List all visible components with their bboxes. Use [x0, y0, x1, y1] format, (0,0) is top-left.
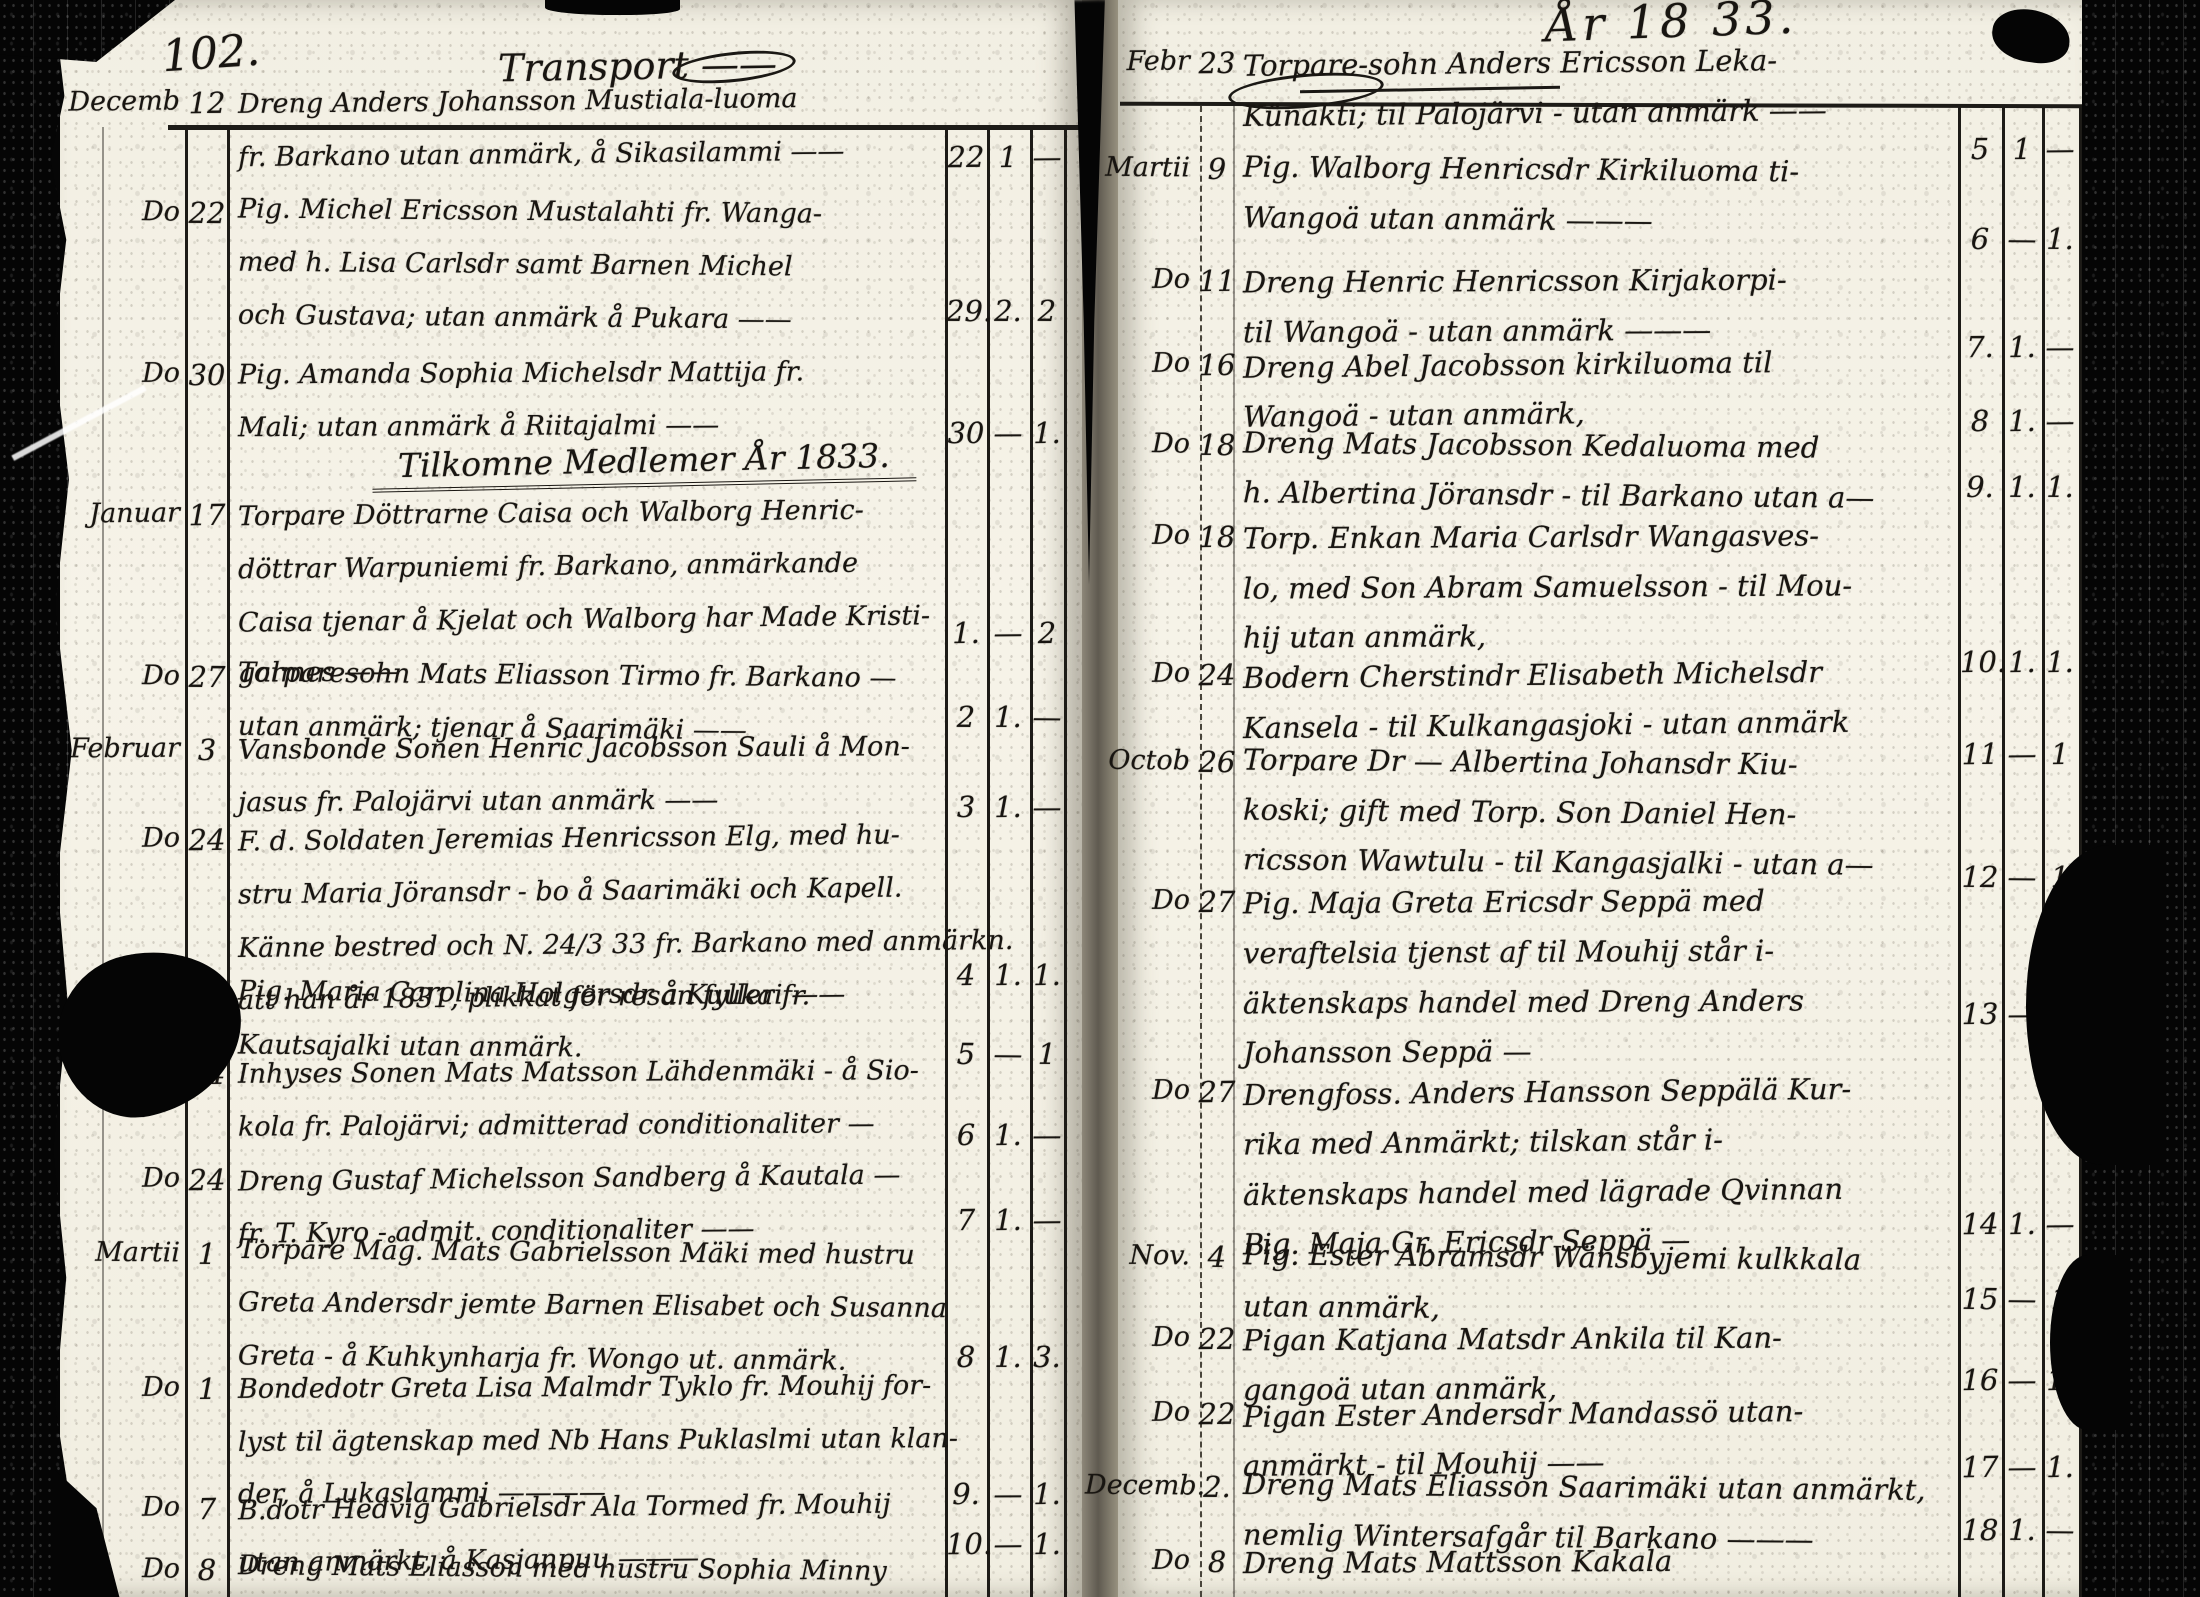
- entry-month: Do: [1085, 520, 1190, 552]
- entry-day: 24: [1196, 658, 1238, 692]
- entry-count: 9.: [1960, 470, 2000, 504]
- entry-line: Mali; utan anmärk å Riitajalmi ——: [238, 410, 719, 444]
- entry-count: 3: [946, 790, 986, 824]
- left-num-rule-1: [945, 127, 948, 1597]
- entry-day: 22: [186, 196, 228, 230]
- entry-count: 1: [988, 140, 1028, 174]
- entry-line: Torparesohn Mats Eliasson Tirmo fr. Bark…: [238, 657, 897, 694]
- entry-month: Octob: [1085, 745, 1190, 777]
- entry-day: 4: [1196, 1240, 1238, 1274]
- left-num-rule-4: [1064, 127, 1067, 1597]
- entry-line: jasus fr. Palojärvi utan anmärk ——: [238, 785, 719, 819]
- entry-line: Dreng Mats Jacobsson Kedaluoma med: [1243, 425, 1820, 464]
- entry-count: —: [1027, 140, 1067, 174]
- entry-line: Inhyses Sonen Mats Matsson Lähdenmäki - …: [238, 1055, 919, 1090]
- entry-count: 22: [946, 140, 986, 174]
- entry-month: Januar: [68, 497, 180, 529]
- entry-line: äktenskaps handel med Dreng Anders: [1243, 984, 1804, 1021]
- entry-line: Greta Andersdr jemte Barnen Elisabet och…: [238, 1287, 947, 1324]
- entry-count: 7: [946, 1203, 986, 1237]
- entry-line: kola fr. Palojärvi; admitterad condition…: [238, 1108, 875, 1142]
- entry-line: til Wangoä - utan anmärk ———: [1243, 313, 1711, 349]
- entry-month: Do: [68, 1372, 180, 1404]
- entry-line: Pig. Maja Greta Ericsdr Seppä med: [1243, 884, 1765, 921]
- entry-day: 3: [186, 733, 228, 767]
- page-number: 102.: [160, 25, 261, 83]
- entry-count: 3.: [1027, 1340, 1067, 1374]
- entry-count: 1.: [2002, 1207, 2042, 1241]
- entry-month: Februar: [68, 733, 180, 765]
- entry-line: hij utan anmärk,: [1243, 619, 1486, 654]
- entry-month: Martii: [1085, 152, 1190, 184]
- entry-count: 10.: [1960, 645, 2000, 679]
- entry-month: Nov.: [1085, 1240, 1190, 1272]
- entry-line: Torpare Dr — Albertina Johansdr Kiu-: [1243, 743, 1798, 782]
- left-page-header-rule: [168, 125, 1080, 130]
- entry-day: 18: [1196, 520, 1238, 554]
- entry-count: —: [1027, 700, 1067, 734]
- entry-month: Do: [1085, 1074, 1190, 1106]
- entry-line: Vansbonde Sonen Henric Jacobsson Sauli å…: [238, 731, 910, 766]
- entry-line: veraftelsia tjenst af til Mouhij står i-: [1243, 934, 1774, 971]
- entry-count: 8: [946, 1340, 986, 1374]
- entry-month: Do: [1085, 657, 1190, 689]
- entry-day: 9: [1196, 152, 1238, 186]
- entry-count: —: [2040, 404, 2080, 438]
- entry-line: fr. Barkano utan anmärk, å Sikasilammi —…: [238, 136, 845, 173]
- entry-line: Pig. Maria Carolina Holgersdr å Kuuka fr…: [238, 976, 811, 1012]
- entry-count: 1.: [988, 790, 1028, 824]
- entry-count: 8: [1960, 404, 2000, 438]
- entry-count: —: [988, 1037, 1028, 1071]
- entry-line: Johansson Seppä —: [1243, 1034, 1532, 1070]
- entry-line: Dreng Henric Henricsson Kirjakorpi-: [1243, 263, 1787, 300]
- entry-line: Pig. Michel Ericsson Mustalahti fr. Wang…: [238, 193, 822, 229]
- entry-count: 5: [1960, 132, 2000, 166]
- entry-count: 5: [946, 1037, 986, 1071]
- entry-count: —: [1027, 790, 1067, 824]
- entry-line: Drengfoss. Anders Hansson Seppälä Kur-: [1243, 1072, 1852, 1112]
- entry-line: Bondedotr Greta Lisa Malmdr Tyklo fr. Mo…: [238, 1370, 931, 1405]
- entry-count: 1: [1027, 1037, 1067, 1071]
- entry-day: 7: [186, 1492, 228, 1526]
- left-num-rule-2: [987, 127, 990, 1597]
- entry-count: 1.: [1027, 416, 1067, 450]
- entry-line: ricsson Wawtulu - til Kangasjalki - utan…: [1243, 842, 1874, 882]
- entry-count: —: [1027, 1118, 1067, 1152]
- entry-day: 27: [186, 660, 228, 694]
- entry-count: —: [2002, 1450, 2042, 1484]
- entry-count: —: [2040, 1207, 2080, 1241]
- entry-line: lyst til ägtenskap med Nb Hans Puklaslmi…: [238, 1423, 958, 1458]
- entry-day: 24: [186, 1163, 228, 1197]
- entry-count: 2: [946, 700, 986, 734]
- entry-count: 1.: [2002, 1513, 2042, 1547]
- entry-count: —: [2002, 860, 2042, 894]
- entry-month: Do: [1085, 1545, 1190, 1577]
- entry-day: 12: [186, 86, 228, 120]
- entry-count: —: [2002, 1363, 2042, 1397]
- entry-line: Dreng Abel Jacobsson kirkiluoma til: [1243, 345, 1773, 385]
- entry-count: 1.: [2002, 404, 2042, 438]
- entry-month: Do: [68, 660, 180, 692]
- entry-count: 18: [1960, 1513, 2000, 1547]
- entry-count: 16: [1960, 1363, 2000, 1397]
- entry-day: 11: [1196, 264, 1238, 298]
- entry-count: 1.: [988, 1203, 1028, 1237]
- entry-month: Do: [68, 358, 180, 390]
- entry-month: Do: [1085, 264, 1190, 296]
- entry-line: med h. Lisa Carlsdr samt Barnen Michel: [238, 247, 793, 283]
- entry-count: 1.: [1027, 1477, 1067, 1511]
- entry-month: Do: [1085, 347, 1190, 379]
- left-num-rule-3: [1030, 127, 1033, 1597]
- entry-line: Torpare-sohn Anders Ericsson Leka-: [1243, 43, 1777, 83]
- entry-day: 27: [1196, 1075, 1238, 1109]
- entry-line: Künakti; til Palojärvi - utan anmärk ——: [1243, 93, 1827, 133]
- entry-count: 14: [1960, 1207, 2000, 1241]
- entry-line: Pigan Ester Andersdr Mandassö utan-: [1243, 1394, 1804, 1434]
- entry-line: rika med Anmärkt; tilskan står i-: [1243, 1122, 1723, 1161]
- entry-month: Do: [1085, 428, 1190, 460]
- entry-day: 26: [1196, 745, 1238, 779]
- entry-line: Dreng Anders Johansson Mustiala-luoma: [238, 83, 798, 120]
- entry-line: Dreng Mats Eliasson Saarimäki utan anmär…: [1243, 1467, 1926, 1507]
- entry-count: —: [1027, 1203, 1067, 1237]
- entry-count: 1.: [2040, 222, 2080, 256]
- entry-count: 1.: [2040, 1450, 2080, 1484]
- entry-count: 30: [946, 416, 986, 450]
- entry-month: Do: [68, 822, 180, 854]
- entry-count: 2: [1027, 616, 1067, 650]
- entry-line: Dreng Mats Mattsson Kakala: [1243, 1544, 1672, 1580]
- entry-line: Dreng Mats Eliasson med hustru Sophia Mi…: [238, 1550, 887, 1587]
- entry-count: 9.: [946, 1477, 986, 1511]
- entry-count: 1.: [946, 616, 986, 650]
- entry-line: Torpare Måg. Mats Gabrielsson Mäki med h…: [238, 1234, 915, 1271]
- entry-day: 23: [1196, 46, 1238, 80]
- entry-count: —: [2002, 737, 2042, 771]
- entry-count: —: [988, 1477, 1028, 1511]
- entry-day: 1: [186, 1237, 228, 1271]
- entry-count: 15: [1960, 1282, 2000, 1316]
- entry-line: Torp. Enkan Maria Carlsdr Wangasves-: [1243, 518, 1819, 555]
- entry-day: 27: [1196, 885, 1238, 919]
- entry-month: Decemb: [68, 85, 180, 117]
- entry-day: 8: [186, 1553, 228, 1587]
- entry-month: Decemb.: [1085, 1470, 1190, 1502]
- entry-count: 1.: [2002, 330, 2042, 364]
- entry-count: 1.: [2002, 645, 2042, 679]
- entry-line: Torpare Döttrarne Caisa och Walborg Henr…: [238, 495, 864, 533]
- entry-count: —: [2040, 1513, 2080, 1547]
- right-date-rule-dashed: [1200, 106, 1202, 1597]
- entry-count: 6: [946, 1118, 986, 1152]
- entry-line: och Gustava; utan anmärk å Pukara ——: [238, 300, 792, 336]
- entry-day: 16: [1196, 348, 1238, 382]
- entry-count: 1.: [2040, 645, 2080, 679]
- entry-line: Pig. Walborg Henricsdr Kirkiluoma ti-: [1243, 150, 1799, 189]
- entry-line: äktenskaps handel med lägrade Qvinnan: [1243, 1172, 1843, 1212]
- entry-day: 18: [1196, 428, 1238, 462]
- entry-count: 10.: [946, 1527, 986, 1561]
- entry-count: 1.: [988, 1118, 1028, 1152]
- entry-line: Pigan Katjana Matsdr Ankila til Kan-: [1243, 1321, 1782, 1358]
- entry-count: 17: [1960, 1450, 2000, 1484]
- entry-count: 1.: [988, 1340, 1028, 1374]
- entry-day: 17: [186, 498, 228, 532]
- entry-count: —: [2040, 132, 2080, 166]
- entry-count: —: [988, 616, 1028, 650]
- entry-line: koski; gift med Torp. Son Daniel Hen-: [1243, 793, 1797, 832]
- entry-count: 13: [1960, 997, 2000, 1031]
- entry-line: Bodern Cherstindr Elisabeth Michelsdr: [1243, 655, 1822, 695]
- entry-count: 11: [1960, 737, 2000, 771]
- entry-month: Do: [1085, 885, 1190, 917]
- entry-count: —: [988, 1527, 1028, 1561]
- top-edge-stain: [545, 0, 680, 15]
- entry-day: 24: [186, 823, 228, 857]
- entry-month: Do: [1085, 1396, 1190, 1428]
- entry-count: —: [2002, 1282, 2042, 1316]
- ink-bump-right-edge: [2050, 1255, 2125, 1430]
- entry-count: 29.: [946, 294, 986, 328]
- right-date-rule: [1233, 106, 1235, 1597]
- entry-count: —: [2002, 222, 2042, 256]
- entry-count: 1.: [988, 700, 1028, 734]
- entry-count: 1: [2002, 132, 2042, 166]
- entry-month: Do: [68, 1162, 180, 1194]
- entry-day: 22: [1196, 1322, 1238, 1356]
- entry-month: Martii: [68, 1237, 180, 1269]
- entry-line: lo, med Son Abram Samuelsson - til Mou-: [1243, 568, 1852, 605]
- entry-line: utan anmärk,: [1243, 1289, 1440, 1325]
- entry-day: 8: [1196, 1545, 1238, 1579]
- entry-count: —: [988, 416, 1028, 450]
- entry-day: 22: [1196, 1397, 1238, 1431]
- entry-count: 12: [1960, 860, 2000, 894]
- entry-count: —: [2040, 330, 2080, 364]
- entry-line: Pig. Amanda Sophia Michelsdr Mattija fr.: [238, 357, 804, 391]
- entry-count: 1: [2040, 737, 2080, 771]
- entry-line: Pig. Ester Abramsdr Wänsbyjemi kulkkala: [1243, 1237, 1861, 1276]
- entry-count: 1.: [1027, 958, 1067, 992]
- entry-count: 4: [946, 958, 986, 992]
- entry-day: 30: [186, 358, 228, 392]
- entry-count: 2: [1027, 294, 1067, 328]
- entry-line: döttrar Warpuniemi fr. Barkano, anmärkan…: [238, 548, 858, 585]
- entry-line: h. Albertina Jöransdr - til Barkano utan…: [1243, 475, 1875, 515]
- entry-month: Do: [1085, 1322, 1190, 1354]
- entry-count: 6: [1960, 222, 2000, 256]
- entry-count: 1.: [988, 958, 1028, 992]
- entry-line: Kansela - til Kulkangasjoki - utan anmär…: [1243, 705, 1850, 745]
- entry-count: 1.: [2040, 470, 2080, 504]
- register-scan: 102. Transport —— År 18 33. Tilkomne Med…: [0, 0, 2200, 1597]
- entry-count: 1.: [1027, 1527, 1067, 1561]
- entry-month: Do: [68, 196, 180, 228]
- entry-count: 2.: [988, 294, 1028, 328]
- entry-count: 1.: [2002, 470, 2042, 504]
- entry-line: Wangoä utan anmärk ———: [1243, 200, 1653, 238]
- entry-day: 1: [186, 1372, 228, 1406]
- entry-day: 2.: [1196, 1470, 1238, 1504]
- entry-count: 7.: [1960, 330, 2000, 364]
